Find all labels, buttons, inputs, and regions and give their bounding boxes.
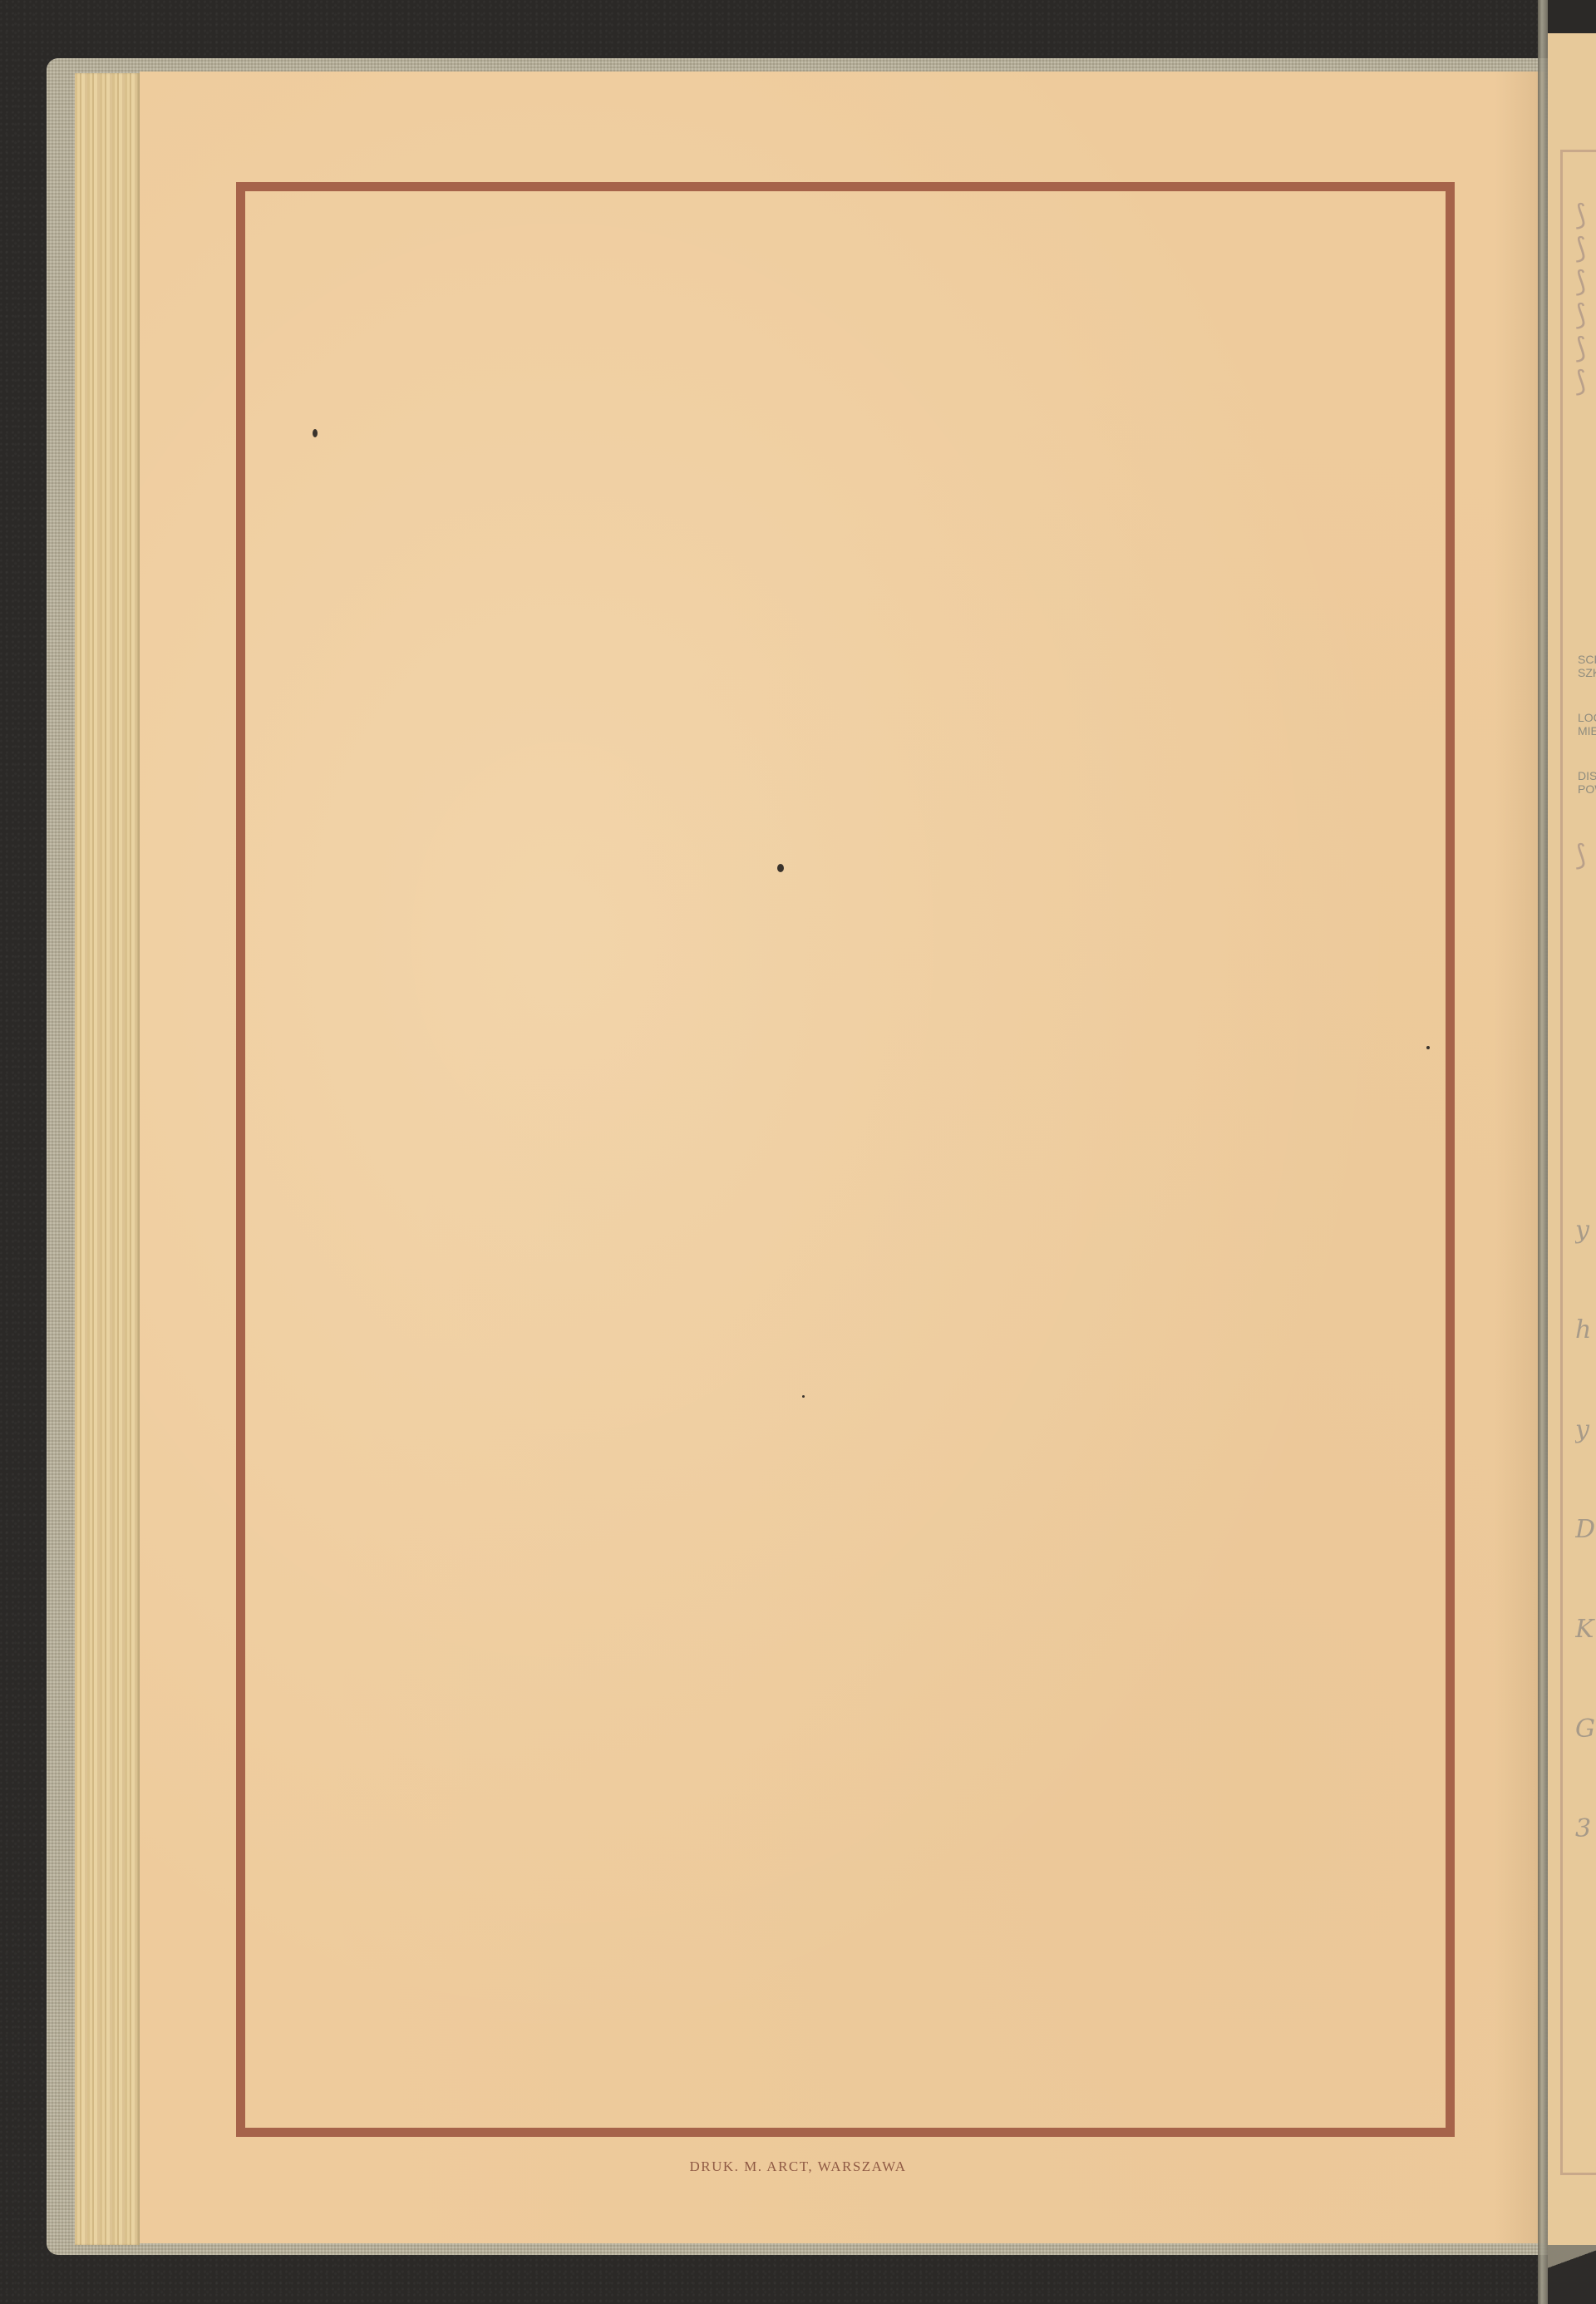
gutter-glass-strip <box>1538 0 1548 2304</box>
next-page-label: LOCAMIEJ <box>1578 711 1596 738</box>
decorative-border-frame <box>236 182 1455 2137</box>
next-page-label: SCHOSZKO <box>1578 653 1596 679</box>
scanner-background-bottom-right <box>1548 2245 1596 2304</box>
next-page-ornament: ⟆ <box>1575 840 1596 873</box>
printer-imprint: DRUK. M. ARCT, WARSZAWA <box>0 2158 1596 2175</box>
scanner-background-top-right <box>1548 0 1596 33</box>
next-page-script-text: y h y D K G 3 <box>1575 1181 1596 1879</box>
next-page-ornament: ⟆⟆⟆⟆⟆⟆ <box>1575 200 1596 399</box>
next-page-label: DISTPOW <box>1578 769 1596 796</box>
page-edges-stack <box>75 73 140 2245</box>
